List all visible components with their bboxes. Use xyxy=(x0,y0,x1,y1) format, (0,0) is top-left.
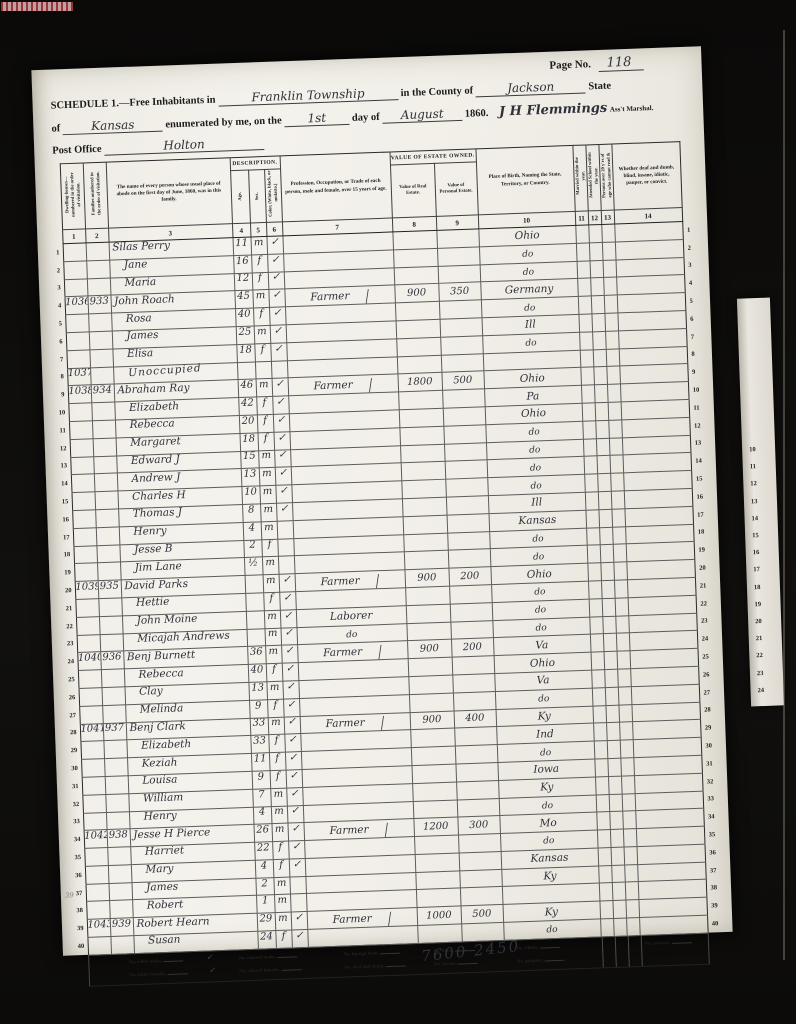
school-mark xyxy=(607,758,621,776)
school-mark xyxy=(609,811,623,829)
real-estate-value xyxy=(406,604,451,623)
color-mark: ✓ xyxy=(272,378,289,396)
cannot-read-mark xyxy=(604,295,618,313)
school-mark xyxy=(591,296,605,314)
color-mark: ✓ xyxy=(268,271,285,289)
dwelling-number xyxy=(86,901,110,920)
family-number xyxy=(96,544,120,563)
dwelling-number: 1037 xyxy=(67,367,91,386)
color-mark xyxy=(289,876,306,894)
header-name: The name of every person whose usual pla… xyxy=(106,158,232,228)
day-value: 1st xyxy=(284,110,349,127)
married-mark xyxy=(582,403,596,421)
recap-deaf-dumb: No. deaf and dumb, xyxy=(344,961,406,970)
age: 20 xyxy=(239,415,258,433)
marshal-label: Ass't Marshal. xyxy=(610,104,654,114)
dwelling-number xyxy=(85,865,109,884)
row-number-left: 21 xyxy=(59,599,76,617)
recap-idiotic: No. idiotic, xyxy=(516,943,560,952)
row-number-right: 21 xyxy=(695,577,712,595)
school-mark xyxy=(601,580,615,598)
married-mark xyxy=(580,349,594,367)
row-number-left: 11 xyxy=(53,422,70,440)
row-number-left: 35 xyxy=(68,848,85,866)
row-number-left: 32 xyxy=(66,795,83,813)
sex: f xyxy=(251,254,268,272)
col-num: 13 xyxy=(601,210,614,224)
personal-estate-value: 400 xyxy=(454,709,497,728)
row-number-right: 26 xyxy=(698,666,715,684)
family-number xyxy=(93,456,117,475)
row-number-left: 13 xyxy=(54,457,71,475)
real-estate-value xyxy=(399,408,444,427)
row-number-right: 33 xyxy=(703,790,720,808)
family-number: 938 xyxy=(107,829,131,848)
row-number-left: 26 xyxy=(63,688,80,706)
color-mark: ✓ xyxy=(283,698,300,716)
school-mark xyxy=(593,349,607,367)
married-mark xyxy=(596,794,610,812)
dwelling-number xyxy=(73,545,97,564)
row-number-right: 29 xyxy=(700,719,717,737)
real-estate-value xyxy=(414,835,459,854)
age xyxy=(237,362,256,380)
sliver-row-number: 11 xyxy=(750,463,756,470)
real-estate-value xyxy=(396,337,441,356)
color-mark: ✓ xyxy=(275,467,292,485)
personal-estate-value xyxy=(450,620,493,639)
color-mark: ✓ xyxy=(272,396,289,414)
sliver-row-number: 13 xyxy=(751,498,758,505)
adjacent-page-edge: 101112131415161718192021222324 xyxy=(737,298,784,707)
header-dwelling: Dwelling-houses—numbered in the order of… xyxy=(60,163,85,230)
dwelling-number: 1043 xyxy=(87,919,111,938)
header-remarks: Whether deaf and dumb, blind, insane, id… xyxy=(611,142,681,210)
row-number-left: 6 xyxy=(50,333,67,351)
row-number-right: 23 xyxy=(696,612,713,630)
dwelling-number: 1041 xyxy=(80,723,104,742)
family-number xyxy=(96,527,120,546)
cannot-read-mark xyxy=(608,402,622,420)
family-number xyxy=(97,562,121,581)
real-estate-value xyxy=(412,764,457,783)
sex: f xyxy=(272,841,289,859)
family-number xyxy=(107,847,131,866)
family-number xyxy=(106,811,130,830)
family-number xyxy=(108,882,132,901)
real-estate-value xyxy=(401,479,446,498)
school-mark xyxy=(612,900,626,918)
family-number xyxy=(90,367,114,386)
row-number-right: 39 xyxy=(706,897,723,915)
age: 40 xyxy=(248,664,267,682)
sex: m xyxy=(252,290,269,308)
family-number: 934 xyxy=(91,384,115,403)
real-estate-value xyxy=(393,248,438,267)
age: 4 xyxy=(253,806,272,824)
dwelling-number xyxy=(71,474,95,493)
row-number-right: 12 xyxy=(689,417,706,435)
cannot-read-mark xyxy=(616,633,630,651)
family-number xyxy=(95,509,119,528)
personal-estate-value xyxy=(440,336,483,355)
personal-estate-value xyxy=(442,389,485,408)
cannot-read-mark xyxy=(607,384,621,402)
sex: f xyxy=(261,539,278,557)
sex: m xyxy=(275,912,292,930)
row-number-left: 18 xyxy=(57,546,74,564)
personal-estate-value: 500 xyxy=(441,371,484,390)
row-number-right: 11 xyxy=(689,399,706,417)
age xyxy=(246,628,265,646)
row-number-left: 5 xyxy=(49,315,66,333)
page-number-line: Page No. 118 xyxy=(549,54,644,72)
school-mark xyxy=(598,491,612,509)
line2-pre: of xyxy=(51,123,60,134)
color-mark xyxy=(277,520,294,538)
personal-estate-value xyxy=(443,425,486,444)
color-mark: ✓ xyxy=(280,609,297,627)
color-mark: ✓ xyxy=(284,716,301,734)
sex: f xyxy=(267,699,284,717)
married-mark xyxy=(578,296,592,314)
dwelling-number xyxy=(63,243,87,262)
personal-estate-value xyxy=(440,318,483,337)
married-mark xyxy=(583,438,597,456)
school-mark xyxy=(600,545,614,563)
cannot-read-mark xyxy=(603,277,617,295)
row-number-right: 6 xyxy=(685,310,702,328)
row-number-left: 38 xyxy=(70,902,87,920)
married-mark xyxy=(576,243,590,261)
real-estate-value: 900 xyxy=(394,284,439,303)
married-mark xyxy=(575,225,589,243)
archive-watermark xyxy=(1,2,73,11)
age: 13 xyxy=(248,682,267,700)
line2-mid: enumerated by me, on the xyxy=(165,115,282,130)
family-number xyxy=(109,900,133,919)
dwelling-number xyxy=(73,528,97,547)
dwelling-number xyxy=(79,688,103,707)
age: 45 xyxy=(234,290,253,308)
married-mark xyxy=(577,278,591,296)
personal-estate-value xyxy=(455,745,498,764)
header-color: Color, (White, black, or mulatto.) xyxy=(264,169,282,223)
personal-estate-value xyxy=(457,798,500,817)
real-estate-value xyxy=(412,782,457,801)
school-mark xyxy=(602,616,616,634)
header-personal-estate: Value of Personal Estate. xyxy=(434,162,478,216)
sex: m xyxy=(274,895,291,913)
age: 40 xyxy=(235,308,254,326)
personal-estate-value xyxy=(459,851,502,870)
personal-estate-value xyxy=(456,780,499,799)
row-number-left: 27 xyxy=(63,706,80,724)
real-estate-value xyxy=(410,728,455,747)
sliver-row-number: 15 xyxy=(752,532,759,539)
school-mark xyxy=(611,847,625,865)
recap-rule xyxy=(601,937,603,967)
sex: f xyxy=(256,397,273,415)
family-number xyxy=(89,349,113,368)
sex: f xyxy=(275,930,292,948)
year-value: 1860. xyxy=(465,108,489,120)
married-mark xyxy=(578,314,592,332)
cannot-read-mark xyxy=(625,900,639,918)
row-number-right: 16 xyxy=(692,488,709,506)
color-mark: ✓ xyxy=(282,681,299,699)
dwelling-number: 1039 xyxy=(75,581,99,600)
family-number: 936 xyxy=(100,651,124,670)
color-mark xyxy=(271,360,288,378)
cannot-read-mark xyxy=(611,509,625,527)
age: 18 xyxy=(239,433,258,451)
row-number-left: 15 xyxy=(56,493,73,511)
personal-estate-value xyxy=(452,674,495,693)
school-mark xyxy=(610,829,624,847)
real-estate-value xyxy=(403,533,448,552)
family-number xyxy=(105,793,129,812)
sex: f xyxy=(263,592,280,610)
sliver-row-number: 23 xyxy=(757,670,764,677)
personal-estate-value xyxy=(437,247,480,266)
row-number-left: 20 xyxy=(59,582,76,600)
row-number-left: 34 xyxy=(68,831,85,849)
header-real-estate: Value of Real Estate. xyxy=(390,163,436,218)
row-number-right: 38 xyxy=(706,879,723,897)
sex: m xyxy=(263,574,280,592)
cannot-read-mark xyxy=(612,526,626,544)
row-number-right: 17 xyxy=(692,506,709,524)
personal-estate-value xyxy=(447,531,490,550)
dwelling-number xyxy=(83,812,107,831)
dwelling-number xyxy=(68,403,92,422)
sex: m xyxy=(254,325,271,343)
real-estate-value: 900 xyxy=(405,568,450,587)
cannot-read-mark xyxy=(609,437,623,455)
real-estate-value: 900 xyxy=(410,711,455,730)
dwelling-number xyxy=(63,261,87,280)
row-number-left: 12 xyxy=(54,439,71,457)
month-value: August xyxy=(382,106,462,124)
color-mark: ✓ xyxy=(288,841,305,859)
real-estate-value xyxy=(402,497,447,516)
school-mark xyxy=(594,385,608,403)
row-number-right: 37 xyxy=(705,861,722,879)
cannot-read-mark xyxy=(613,562,627,580)
personal-estate-value xyxy=(454,727,497,746)
age: 26 xyxy=(253,824,272,842)
row-number-left: 36 xyxy=(69,866,86,884)
family-number xyxy=(86,260,110,279)
age: 29 xyxy=(257,913,276,931)
real-estate-value xyxy=(415,871,460,890)
row-number-right: 27 xyxy=(699,683,716,701)
color-mark: ✓ xyxy=(266,236,283,254)
cannot-read-mark xyxy=(611,491,625,509)
cannot-read-mark xyxy=(621,775,635,793)
sliver-row-number: 12 xyxy=(750,481,757,488)
row-number-left: 31 xyxy=(66,777,83,795)
married-mark xyxy=(581,385,595,403)
sex: m xyxy=(256,379,273,397)
school-mark xyxy=(590,260,604,278)
family-number: 937 xyxy=(103,722,127,741)
dwelling-number xyxy=(76,616,100,635)
real-estate-value xyxy=(408,675,453,694)
row-number-right: 20 xyxy=(694,559,711,577)
married-mark xyxy=(588,581,602,599)
row-number-right: 32 xyxy=(702,772,719,790)
cannot-read-mark xyxy=(615,598,629,616)
color-mark: ✓ xyxy=(276,503,293,521)
schedule-label: Schedule 1. xyxy=(50,98,119,111)
color-mark xyxy=(290,894,307,912)
personal-estate-value xyxy=(438,264,481,283)
sliver-row-number: 18 xyxy=(754,584,761,591)
cannot-read-mark xyxy=(624,847,638,865)
recap-rule xyxy=(640,936,642,966)
dwelling-number xyxy=(78,670,102,689)
age: 1 xyxy=(256,895,275,913)
color-mark: ✓ xyxy=(286,787,303,805)
personal-estate-value xyxy=(443,407,486,426)
school-mark xyxy=(612,883,626,901)
row-number-left: 33 xyxy=(67,813,84,831)
color-mark: ✓ xyxy=(267,254,284,272)
age: 18 xyxy=(236,344,255,362)
family-number: 933 xyxy=(87,295,111,314)
real-estate-value: 1800 xyxy=(398,373,443,392)
age: 22 xyxy=(254,842,273,860)
recap-colored-males: No. colored males, xyxy=(239,952,298,961)
family-number xyxy=(88,313,112,332)
recap-tick-males: ✓ xyxy=(207,953,213,961)
cannot-read-mark xyxy=(604,313,618,331)
row-number-right: 25 xyxy=(698,648,715,666)
page-no-label: Page No. xyxy=(549,58,591,71)
row-number-right: 40 xyxy=(707,915,724,933)
family-number xyxy=(102,705,126,724)
census-table: Dwelling-houses—numbered in the order of… xyxy=(44,141,725,988)
cannot-read-mark xyxy=(620,758,634,776)
county-value: Jackson xyxy=(476,78,586,97)
real-estate-value xyxy=(408,657,453,676)
row-number-left: 19 xyxy=(58,564,75,582)
row-number-right: 35 xyxy=(704,826,721,844)
school-mark xyxy=(606,722,620,740)
age: 11 xyxy=(251,753,270,771)
color-mark: ✓ xyxy=(279,574,296,592)
dwelling-number xyxy=(86,883,110,902)
family-number xyxy=(105,776,129,795)
dwelling-number xyxy=(79,705,103,724)
color-mark: ✓ xyxy=(287,823,304,841)
personal-estate-value xyxy=(445,460,488,479)
recap-paupers: No. paupers, xyxy=(517,956,564,965)
school-mark xyxy=(605,705,619,723)
school-mark xyxy=(596,438,610,456)
township-value: Franklin Township xyxy=(218,85,398,106)
real-estate-value xyxy=(411,746,456,765)
sex: f xyxy=(253,308,270,326)
cannot-read-mark xyxy=(601,224,615,242)
age: 36 xyxy=(247,646,266,664)
row-number-left: 40 xyxy=(71,937,88,955)
dwelling-number xyxy=(77,634,101,653)
state-value: Kansas xyxy=(63,117,163,136)
personal-estate-value xyxy=(441,353,484,372)
age: 4 xyxy=(255,860,274,878)
married-mark xyxy=(580,367,594,385)
personal-estate-value xyxy=(450,602,493,621)
color-mark: ✓ xyxy=(280,627,297,645)
school-mark xyxy=(600,562,614,580)
cannot-read-mark xyxy=(613,544,627,562)
sex: m xyxy=(259,468,276,486)
school-mark xyxy=(593,367,607,385)
school-mark xyxy=(602,598,616,616)
dwelling-number xyxy=(81,759,105,778)
sex: f xyxy=(257,414,274,432)
school-mark xyxy=(607,740,621,758)
color-mark: ✓ xyxy=(270,343,287,361)
real-estate-value xyxy=(397,355,442,374)
cannot-read-mark xyxy=(617,651,631,669)
real-estate-value xyxy=(392,230,437,249)
age xyxy=(245,593,264,611)
sex: m xyxy=(264,610,281,628)
family-number: 939 xyxy=(110,918,134,937)
color-mark: ✓ xyxy=(275,485,292,503)
row-number-right: 19 xyxy=(694,541,711,559)
row-number-left: 16 xyxy=(56,511,73,529)
dwelling-number xyxy=(64,279,88,298)
personal-estate-value: 200 xyxy=(451,638,494,657)
personal-estate-value xyxy=(446,496,489,515)
dwelling-number xyxy=(87,937,111,956)
header-sex: Sex. xyxy=(248,170,266,224)
sex: f xyxy=(266,663,283,681)
row-number-right: 5 xyxy=(685,292,702,310)
row-number-left: 1 xyxy=(47,244,64,262)
color-mark xyxy=(278,556,295,574)
dwelling-number: 1042 xyxy=(84,830,108,849)
recap-rule xyxy=(627,936,629,966)
school-mark xyxy=(595,402,609,420)
family-number xyxy=(94,473,118,492)
dwelling-number xyxy=(66,332,90,351)
cannot-read-mark xyxy=(622,793,636,811)
age: 10 xyxy=(241,486,260,504)
personal-estate-value xyxy=(447,513,490,532)
real-estate-value xyxy=(399,426,444,445)
dwelling-number xyxy=(66,350,90,369)
real-estate-value xyxy=(403,515,448,534)
row-number-left: 39 xyxy=(71,920,88,938)
row-number-right: 14 xyxy=(691,452,708,470)
recap-white-males: No. white males, xyxy=(129,956,184,965)
cannot-read-mark xyxy=(606,366,620,384)
census-page: Page No. 118 Schedule 1.—Free Inhabitant… xyxy=(31,46,732,955)
married-mark xyxy=(594,759,608,777)
married-mark xyxy=(597,830,611,848)
real-estate-value xyxy=(398,390,443,409)
recap-white-females: No. white females, xyxy=(129,969,188,978)
sliver-row-number: 20 xyxy=(755,618,762,625)
dwelling-number xyxy=(84,848,108,867)
real-estate-value xyxy=(396,319,441,338)
